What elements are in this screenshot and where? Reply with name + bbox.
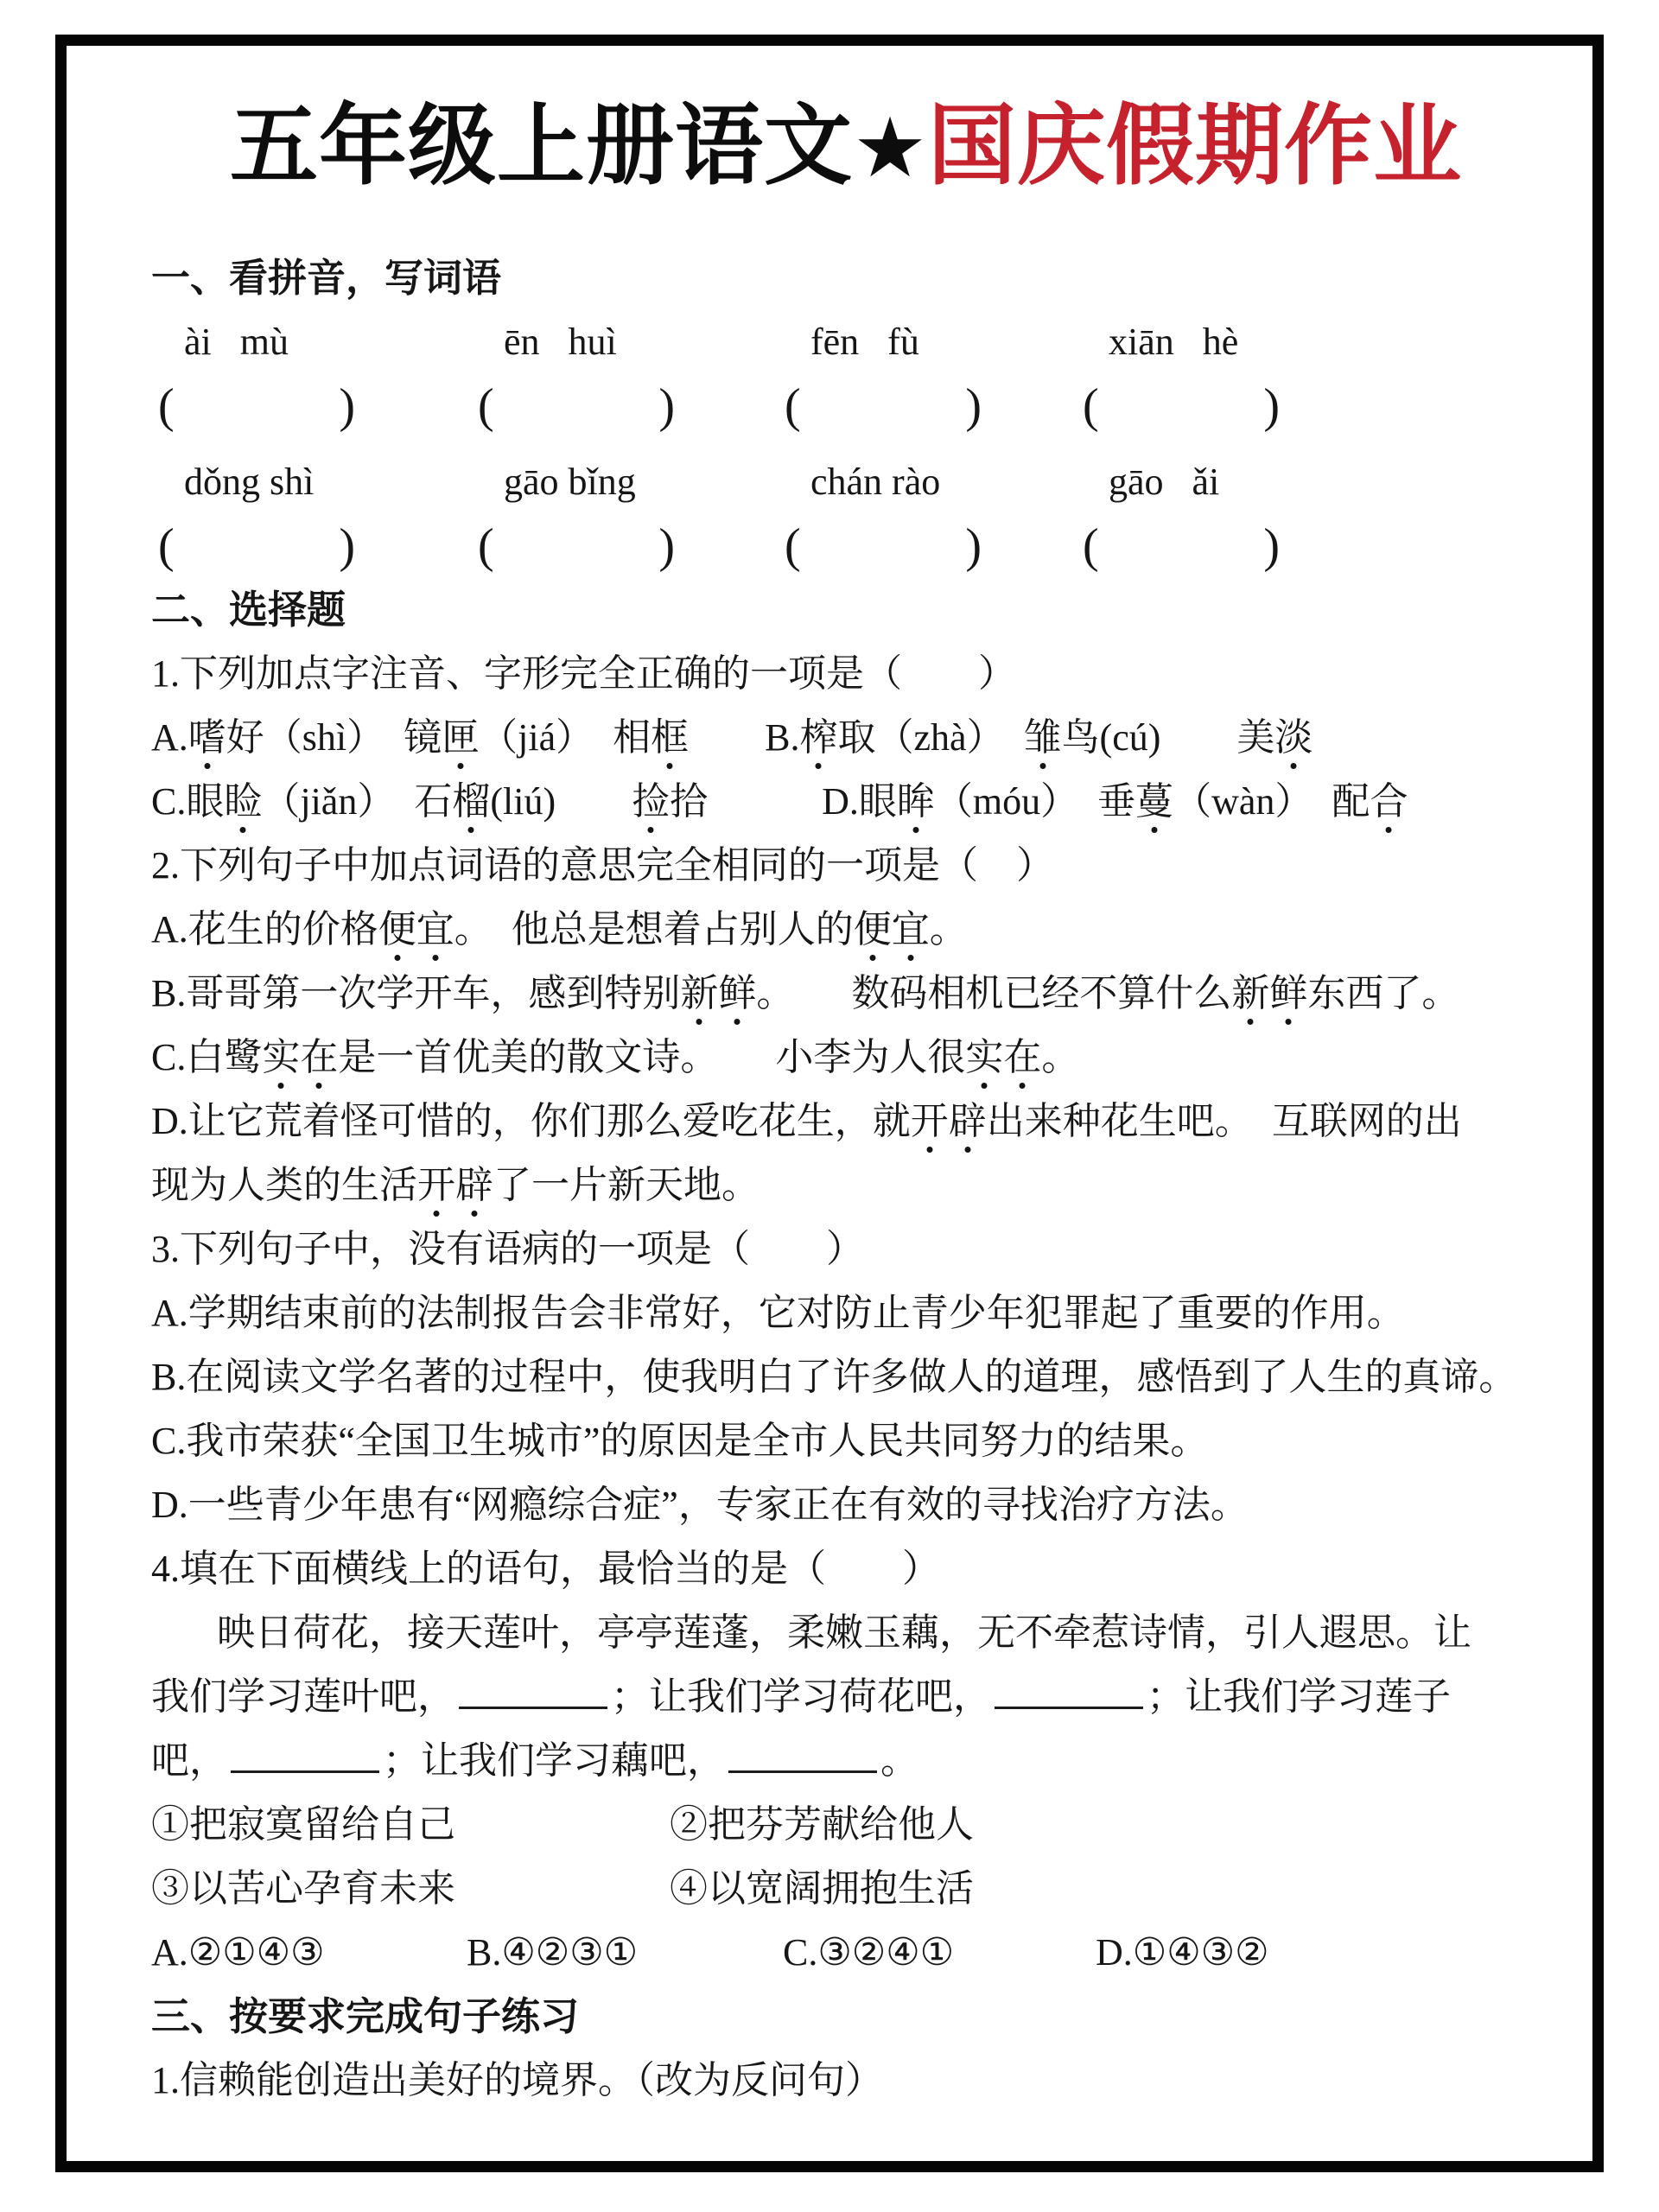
answer-parens-row-2: () () () () — [151, 514, 1541, 578]
answer-paren-blank: () — [478, 514, 675, 578]
paren-open: ( — [478, 374, 494, 438]
paren-open: ( — [785, 374, 801, 438]
q4-option-d: D.①④③② — [1096, 1921, 1541, 1985]
q3-stem: 3.下列句子中，没有语病的一项是（ ） — [151, 1217, 1541, 1281]
q4-option-c: C.③②④① — [783, 1921, 1096, 1985]
pinyin-word: gāo bǐng — [471, 450, 778, 514]
q4-answer-options: A.②①④③ B.④②③① C.③②④① D.①④③② — [151, 1921, 1541, 1985]
q4-stem: 4.填在下面横线上的语句，最恰当的是（ ） — [151, 1537, 1541, 1601]
pinyin-word: xiān hè — [1076, 310, 1541, 374]
answer-paren-blank: () — [1083, 514, 1280, 578]
paren-open: ( — [1083, 374, 1099, 438]
paren-close: ) — [1263, 374, 1280, 438]
title-holiday-part: 国庆假期作业 — [928, 91, 1462, 201]
section1-heading: 一、看拼音，写词语 — [151, 246, 1541, 310]
paren-close: ) — [339, 374, 355, 438]
paren-open: ( — [1083, 514, 1099, 578]
page-content: 五年级上册语文★国庆假期作业 一、看拼音，写词语 ài mù ēn huì fē… — [67, 46, 1592, 2161]
q4-option-b: B.④②③① — [467, 1921, 783, 1985]
paren-open: ( — [158, 514, 175, 578]
pinyin-word: ài mù — [151, 310, 471, 374]
fill-in-blank — [459, 1671, 607, 1709]
q1-options-ab: A.嗜好（shì） 镜匣（jiá） 相框 B.榨取（zhà） 雏鸟(cú) 美淡 — [151, 706, 1541, 770]
pinyin-word: ēn huì — [471, 310, 778, 374]
answer-paren-blank: () — [158, 374, 355, 438]
q1-stem: 1.下列加点字注音、字形完全正确的一项是（ ） — [151, 642, 1541, 706]
answer-paren-blank: () — [785, 374, 982, 438]
q3-option-a: A.学期结束前的法制报告会非常好，它对防止青少年犯罪起了重要的作用。 — [151, 1281, 1541, 1345]
q4-fill-line-1: 我们学习莲叶吧，；让我们学习荷花吧，；让我们学习莲子 — [151, 1665, 1541, 1729]
q2-option-a: A.花生的价格便宜。 他总是想着占别人的便宜。 — [151, 898, 1541, 962]
q4-items-row-1: ①把寂寞留给自己 ②把芬芳献给他人 — [151, 1793, 1541, 1857]
title-grade-part: 五年级上册语文 — [230, 91, 853, 201]
q3-option-d: D.一些青少年患有“网瘾综合症”，专家正在有效的寻找治疗方法。 — [151, 1473, 1541, 1537]
sec3-q1: 1.信赖能创造出美好的境界。（改为反问句） — [151, 2049, 1541, 2113]
answer-paren-blank: () — [785, 514, 982, 578]
paren-close: ) — [339, 514, 355, 578]
fill-in-blank — [231, 1735, 379, 1773]
fill-in-blank — [728, 1735, 877, 1773]
pinyin-row-2: dǒng shì gāo bǐng chán rào gāo ǎi — [151, 450, 1541, 514]
q4-item-3: ③以苦心孕育未来 — [151, 1857, 670, 1921]
q4-item-1: ①把寂寞留给自己 — [151, 1793, 670, 1857]
q4-option-a: A.②①④③ — [151, 1921, 467, 1985]
q2-option-d-line2: 现为人类的生活开辟了一片新天地。 — [151, 1154, 1541, 1217]
pinyin-row-1: ài mù ēn huì fēn fù xiān hè — [151, 310, 1541, 374]
pinyin-word: dǒng shì — [151, 450, 471, 514]
q4-intro-line: 映日荷花，接天莲叶，亭亭莲蓬，柔嫩玉藕，无不牵惹诗情，引人遐思。让 — [151, 1601, 1541, 1665]
section3-heading: 三、按要求完成句子练习 — [151, 1985, 1541, 2049]
q4-fill-line-2: 吧，；让我们学习藕吧，。 — [151, 1729, 1541, 1793]
answer-paren-blank: () — [158, 514, 355, 578]
answer-parens-row-1: () () () () — [151, 374, 1541, 438]
q2-option-b: B.哥哥第一次学开车，感到特别新鲜。 数码相机已经不算什么新鲜东西了。 — [151, 962, 1541, 1026]
pinyin-word: fēn fù — [778, 310, 1076, 374]
q1-options-cd: C.眼睑（jiǎn） 石榴(liú) 捡拾 D.眼眸（móu） 垂蔓（wàn） … — [151, 770, 1541, 834]
paren-close: ) — [965, 374, 982, 438]
paren-open: ( — [785, 514, 801, 578]
page-title: 五年级上册语文★国庆假期作业 — [151, 91, 1541, 201]
section2-heading: 二、选择题 — [151, 578, 1541, 642]
paren-open: ( — [158, 374, 175, 438]
q4-items-row-2: ③以苦心孕育未来 ④以宽阔拥抱生活 — [151, 1857, 1541, 1921]
q3-option-c: C.我市荣获“全国卫生城市”的原因是全市人民共同努力的结果。 — [151, 1409, 1541, 1473]
paren-close: ) — [965, 514, 982, 578]
star-icon: ★ — [853, 93, 928, 204]
paren-open: ( — [478, 514, 494, 578]
pinyin-word: gāo ǎi — [1076, 450, 1541, 514]
worksheet-page: 五年级上册语文★国庆假期作业 一、看拼音，写词语 ài mù ēn huì fē… — [0, 0, 1659, 2212]
q3-option-b: B.在阅读文学名著的过程中，使我明白了许多做人的道理，感悟到了人生的真谛。 — [151, 1345, 1541, 1409]
paren-close: ) — [1263, 514, 1280, 578]
answer-paren-blank: () — [1083, 374, 1280, 438]
fill-in-blank — [995, 1671, 1143, 1709]
q4-item-4: ④以宽阔拥抱生活 — [670, 1857, 1541, 1921]
q2-stem: 2.下列句子中加点词语的意思完全相同的一项是（ ） — [151, 834, 1541, 898]
pinyin-word: chán rào — [778, 450, 1076, 514]
answer-paren-blank: () — [478, 374, 675, 438]
page-border-frame: 五年级上册语文★国庆假期作业 一、看拼音，写词语 ài mù ēn huì fē… — [55, 35, 1604, 2172]
q4-item-2: ②把芬芳献给他人 — [670, 1793, 1541, 1857]
paren-close: ) — [658, 514, 675, 578]
q2-option-d-line1: D.让它荒着怪可惜的，你们那么爱吃花生，就开辟出来种花生吧。 互联网的出 — [151, 1090, 1541, 1154]
paren-close: ) — [658, 374, 675, 438]
q2-option-c: C.白鹭实在是一首优美的散文诗。 小李为人很实在。 — [151, 1026, 1541, 1090]
